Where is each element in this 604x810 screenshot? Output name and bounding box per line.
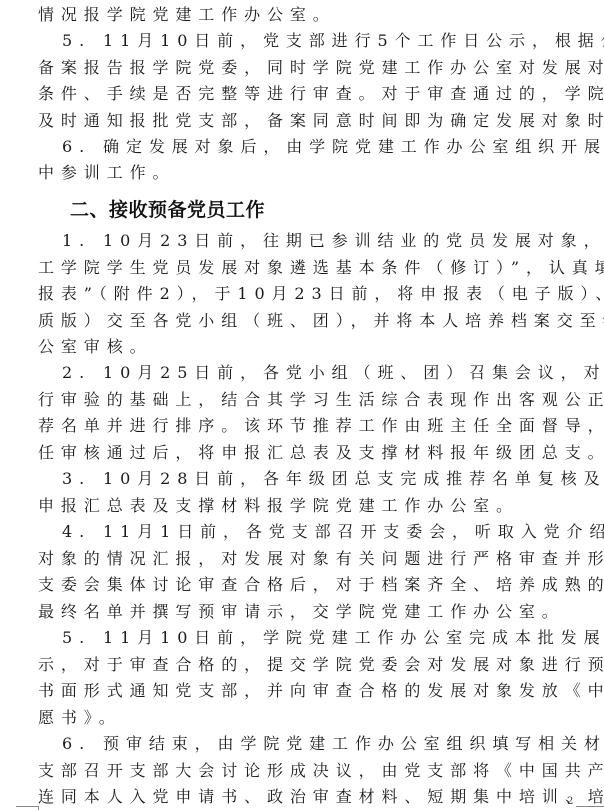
page-number: 2 (567, 796, 573, 808)
paragraph-line: 质版）交至各党小组（班、团），并将本人培养档案交至学院党建工作办 (38, 310, 578, 332)
paragraph-line: 对象的情况汇报，对发展对象有关问题进行严格审查并形成书面记录。经 (38, 548, 578, 570)
paragraph-line: 工学院学生党员发展对象遴选基本条件（修订）”，认真填写“预备党员申 (38, 257, 578, 279)
paragraph-line: 备案报告报学院党委，同时学院党建工作办公室对发展对象人选是否具备 (38, 57, 578, 79)
paragraph-line: 示，对于审查合格的，提交学院党委会对发展对象进行预审，预审结果以 (38, 654, 578, 676)
paragraph-line: 5. 11月10日前，党支部进行5个工作日公示，根据公示结果撰写 (62, 30, 578, 52)
paragraph-line: 2. 10月25日前，各党小组（班、团）召集会议，对申请者材料进 (62, 362, 578, 384)
page-corner-mark-right (576, 806, 604, 810)
paragraph-line: 3. 10月28日前，各年级团总支完成推荐名单复核及年级公示，将 (62, 468, 578, 490)
paragraph-line: 1. 10月23日前，往期已参训结业的党员发展对象，对照“化学化 (62, 230, 578, 252)
paragraph-line: 连同本人入党申请书、政治审查材料、短期集中培训、培养教育考察等材 (38, 786, 578, 808)
page-corner-mark-left (16, 806, 39, 810)
paragraph-line: 支委会集体讨论审查合格后，对于档案齐全、培养成熟的发展对象，确定 (38, 574, 578, 596)
paragraph-line: 报表”（附件2），于10月23日前，将申报表（电子版）、支撑材料（纸 (38, 283, 578, 305)
paragraph-line: 5. 11月10日前，学院党建工作办公室完成本批发展对象审查及公 (62, 627, 578, 649)
paragraph-line: 最终名单并撰写预审请示，交学院党建工作办公室。 (38, 601, 578, 623)
paragraph-line: 及时通知报批党支部，备案同意时间即为确定发展对象时间。 (38, 110, 578, 132)
document-page: 情况报学院党建工作办公室。5. 11月10日前，党支部进行5个工作日公示，根据公… (0, 0, 604, 810)
paragraph-line: 4. 11月1日前，各党支部召开支委会，听取入党介绍人关于发展 (62, 521, 578, 543)
paragraph-line: 行审验的基础上，结合其学习生活综合表现作出客观公正评议，确定拟推 (38, 389, 578, 411)
paragraph-line: 中参训工作。 (38, 162, 578, 184)
paragraph-line: 愿书》。 (38, 707, 578, 729)
paragraph-line: 条件、手续是否完整等进行审查。对于审查通过的，学院党委完成备案并 (38, 83, 578, 105)
paragraph-line: 书面形式通知党支部，并向审查合格的发展对象发放《中国共产党入党志 (38, 680, 578, 702)
paragraph-line: 荐名单并进行排序。该环节推荐工作由班主任全面督导，推荐结果经班主 (38, 415, 578, 437)
paragraph-line: 6. 预审结束，由学院党建工作办公室组织填写相关材料，指导各党 (62, 733, 578, 755)
paragraph-line: 6. 确定发展对象后，由学院党建工作办公室组织开展政治审查及集 (62, 136, 578, 158)
paragraph-line: 支部召开支部大会讨论形成决议，由党支部将《中国共产党入党志愿书》， (38, 760, 578, 782)
paragraph-line: 情况报学院党建工作办公室。 (38, 4, 578, 26)
paragraph-line: 公室审核。 (38, 336, 578, 358)
paragraph-line: 任审核通过后，将申报汇总表及支撑材料报年级团总支。 (38, 442, 578, 464)
paragraph-line: 申报汇总表及支撑材料报学院党建工作办公室。 (38, 495, 578, 517)
section-title: 二、接收预备党员工作 (70, 197, 265, 223)
